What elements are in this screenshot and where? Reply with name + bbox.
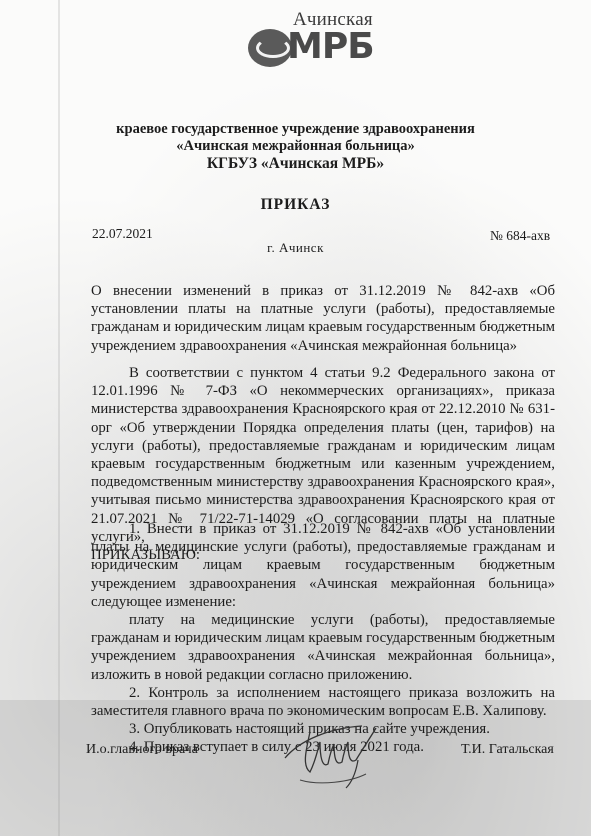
order-item-1-change: плату на медицинские услуги (работы), пр… [91, 611, 555, 684]
hospital-logo: Ачинская МРБ [245, 4, 395, 74]
signatory-name: Т.И. Гатальская [461, 742, 554, 758]
org-name-line-2: «Ачинская межрайонная больница» [0, 137, 591, 155]
handwritten-signature-icon [280, 720, 395, 790]
order-item-2: 2. Контроль за исполнением настоящего пр… [91, 684, 555, 720]
document-subject: О внесении изменений в приказ от 31.12.2… [91, 282, 555, 355]
org-name-line-1: краевое государственное учреждение здрав… [0, 120, 591, 138]
subject-text: О внесении изменений в приказ от 31.12.2… [91, 282, 555, 355]
logo-bottom-text: МРБ [287, 27, 374, 67]
preamble-text: В соответствии с пунктом 4 статьи 9.2 Фе… [91, 364, 555, 546]
document-title: ПРИКАЗ [0, 196, 591, 214]
scanned-document-page: Ачинская МРБ краевое государственное учр… [0, 0, 591, 836]
document-city: г. Ачинск [0, 240, 591, 256]
org-short-name: КГБУЗ «Ачинская МРБ» [0, 155, 591, 173]
order-item-1: 1. Внести в приказ от 31.12.2019 № 842-а… [91, 520, 555, 611]
bowl-snake-emblem-icon [248, 29, 292, 67]
signatory-role: И.о.главного врача [86, 742, 198, 758]
